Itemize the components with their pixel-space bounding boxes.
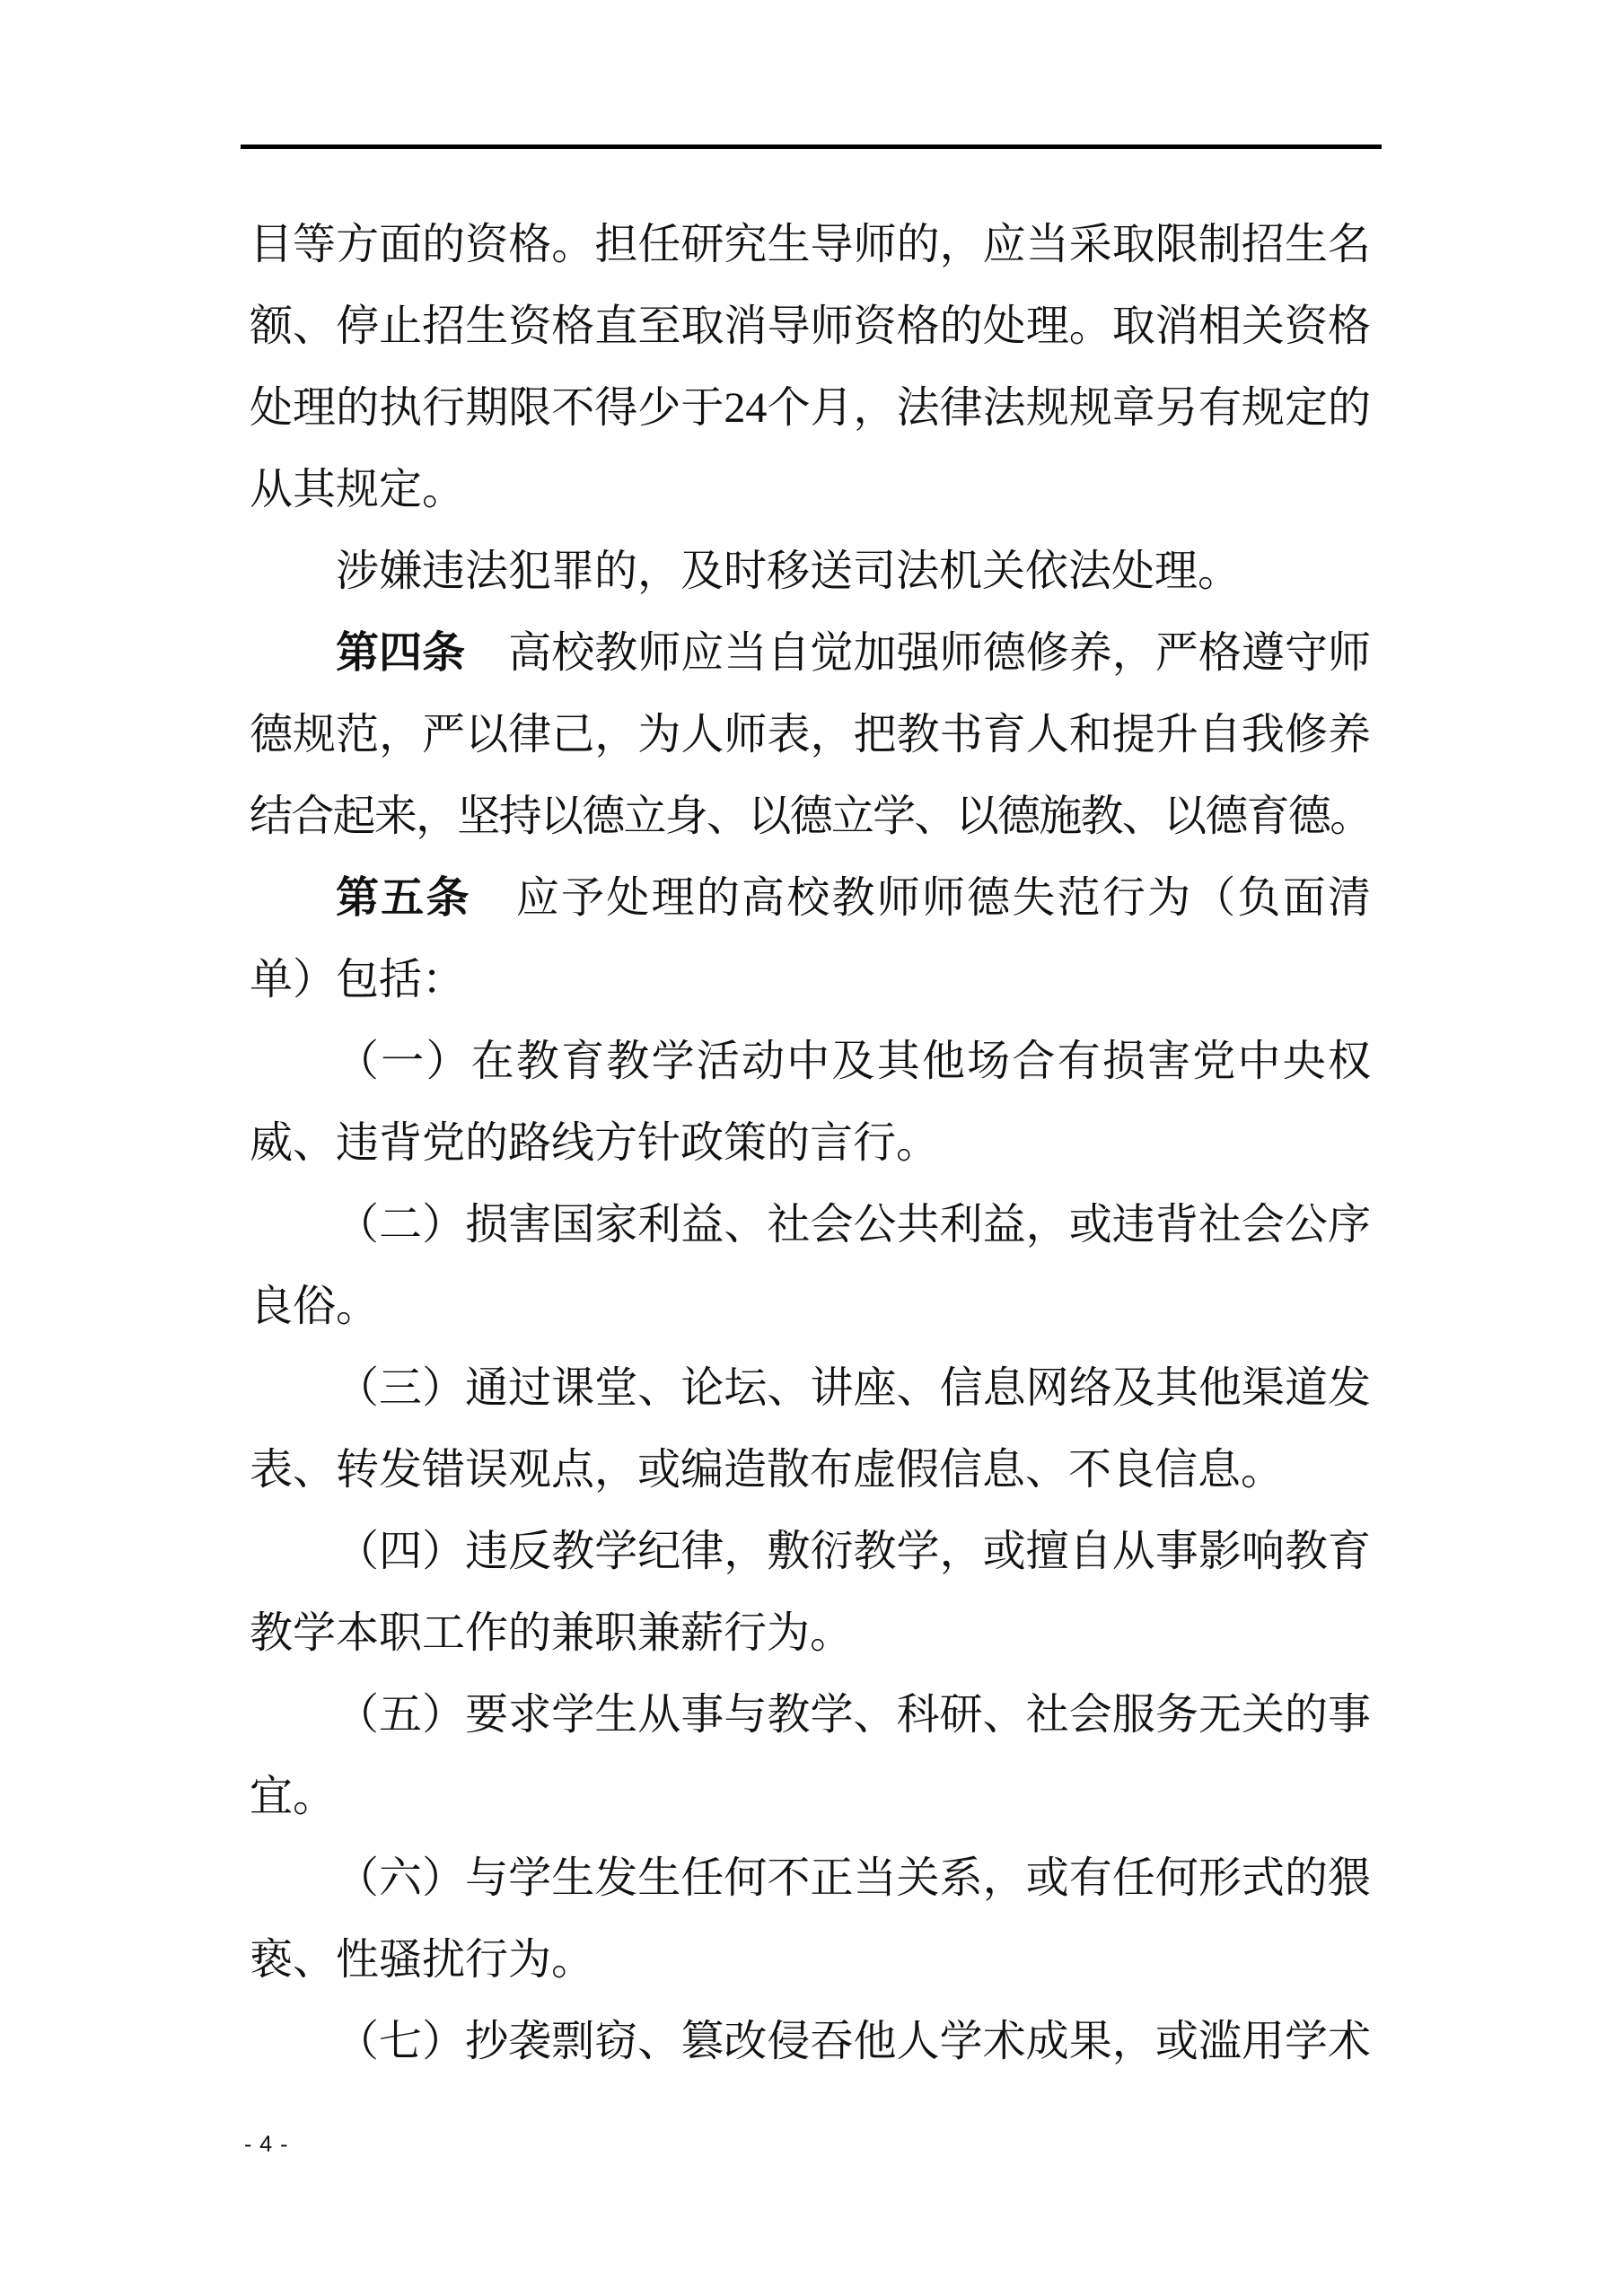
text-line: （二）损害国家利益、社会公共利益，或违背社会公序 — [250, 1184, 1371, 1266]
document-page: 目等方面的资格。担任研究生导师的，应当采取限制招生名额、停止招生资格直至取消导师… — [0, 0, 1624, 2296]
text-segment: （二）损害国家利益、社会公共利益，或违背社会公序 — [336, 1201, 1371, 1249]
text-segment: 目等方面的资格。担任研究生导师的，应当采取限制招生名 — [250, 221, 1371, 268]
text-segment: （六）与学生发生任何不正当关系，或有任何形式的猥 — [336, 1854, 1371, 1902]
text-segment: 表、转发错误观点，或编造散布虚假信息、不良信息。 — [250, 1446, 1284, 1494]
text-line: （三）通过课堂、论坛、讲座、信息网络及其他渠道发 — [250, 1347, 1371, 1429]
text-line: 表、转发错误观点，或编造散布虚假信息、不良信息。 — [250, 1429, 1371, 1511]
text-segment: 额、停止招生资格直至取消导师资格的处理。取消相关资格 — [250, 302, 1371, 350]
text-segment: （五）要求学生从事与教学、科研、社会服务无关的事 — [336, 1691, 1371, 1739]
text-line: 单）包括： — [250, 939, 1371, 1021]
header-rule — [241, 145, 1382, 149]
text-segment: （七）抄袭剽窃、篡改侵吞他人学术成果，或滥用学术 — [336, 2018, 1371, 2065]
text-segment: 良俗。 — [250, 1283, 379, 1330]
article-number: 第四条 — [336, 629, 465, 677]
text-line: 第五条 应予处理的高校教师师德失范行为（负面清 — [250, 857, 1371, 939]
text-segment: 亵、性骚扰行为。 — [250, 1936, 594, 1984]
text-segment: 德规范，严以律己，为人师表，把教书育人和提升自我修养 — [250, 711, 1371, 758]
text-line: 教学本职工作的兼职兼薪行为。 — [250, 1592, 1371, 1674]
text-line: 亵、性骚扰行为。 — [250, 1919, 1371, 2001]
text-line: 额、停止招生资格直至取消导师资格的处理。取消相关资格 — [250, 285, 1371, 367]
text-line: 第四条 高校教师应当自觉加强师德修养，严格遵守师 — [250, 612, 1371, 694]
text-segment: 应予处理的高校教师师德失范行为（负面清 — [471, 874, 1371, 922]
text-line: （六）与学生发生任何不正当关系，或有任何形式的猥 — [250, 1837, 1371, 1919]
text-line: （七）抄袭剽窃、篡改侵吞他人学术成果，或滥用学术 — [250, 2001, 1371, 2082]
text-segment: 结合起来，坚持以德立身、以德立学、以德施教、以德育德。 — [250, 793, 1371, 840]
text-segment: 威、违背党的路线方针政策的言行。 — [250, 1119, 939, 1167]
text-segment: 从其规定。 — [250, 466, 465, 513]
text-line: 从其规定。 — [250, 449, 1371, 530]
text-line: （五）要求学生从事与教学、科研、社会服务无关的事 — [250, 1674, 1371, 1756]
text-segment: （四）违反教学纪律，敷衍教学，或擅自从事影响教育 — [336, 1528, 1371, 1575]
text-line: 目等方面的资格。担任研究生导师的，应当采取限制招生名 — [250, 204, 1371, 285]
text-segment: （三）通过课堂、论坛、讲座、信息网络及其他渠道发 — [336, 1364, 1371, 1412]
text-segment: 单）包括： — [250, 956, 465, 1003]
text-line: 良俗。 — [250, 1266, 1371, 1347]
text-line: 宜。 — [250, 1756, 1371, 1837]
text-line: （一）在教育教学活动中及其他场合有损害党中央权 — [250, 1021, 1371, 1102]
text-line: 涉嫌违法犯罪的，及时移送司法机关依法处理。 — [250, 530, 1371, 612]
text-segment: 处理的执行期限不得少于24个月，法律法规规章另有规定的 — [250, 384, 1371, 432]
document-body: 目等方面的资格。担任研究生导师的，应当采取限制招生名额、停止招生资格直至取消导师… — [250, 204, 1371, 2082]
text-line: 处理的执行期限不得少于24个月，法律法规规章另有规定的 — [250, 367, 1371, 449]
text-segment: 宜。 — [250, 1773, 336, 1820]
text-line: （四）违反教学纪律，敷衍教学，或擅自从事影响教育 — [250, 1511, 1371, 1592]
text-line: 结合起来，坚持以德立身、以德立学、以德施教、以德育德。 — [250, 776, 1371, 857]
text-segment: 高校教师应当自觉加强师德修养，严格遵守师 — [465, 629, 1371, 677]
page-number: - 4 - — [244, 2131, 288, 2158]
text-line: 德规范，严以律己，为人师表，把教书育人和提升自我修养 — [250, 694, 1371, 776]
article-number: 第五条 — [336, 874, 471, 922]
text-segment: 涉嫌违法犯罪的，及时移送司法机关依法处理。 — [336, 548, 1241, 595]
text-segment: 教学本职工作的兼职兼薪行为。 — [250, 1609, 853, 1657]
text-line: 威、违背党的路线方针政策的言行。 — [250, 1102, 1371, 1184]
text-segment: （一）在教育教学活动中及其他场合有损害党中央权 — [336, 1038, 1371, 1085]
